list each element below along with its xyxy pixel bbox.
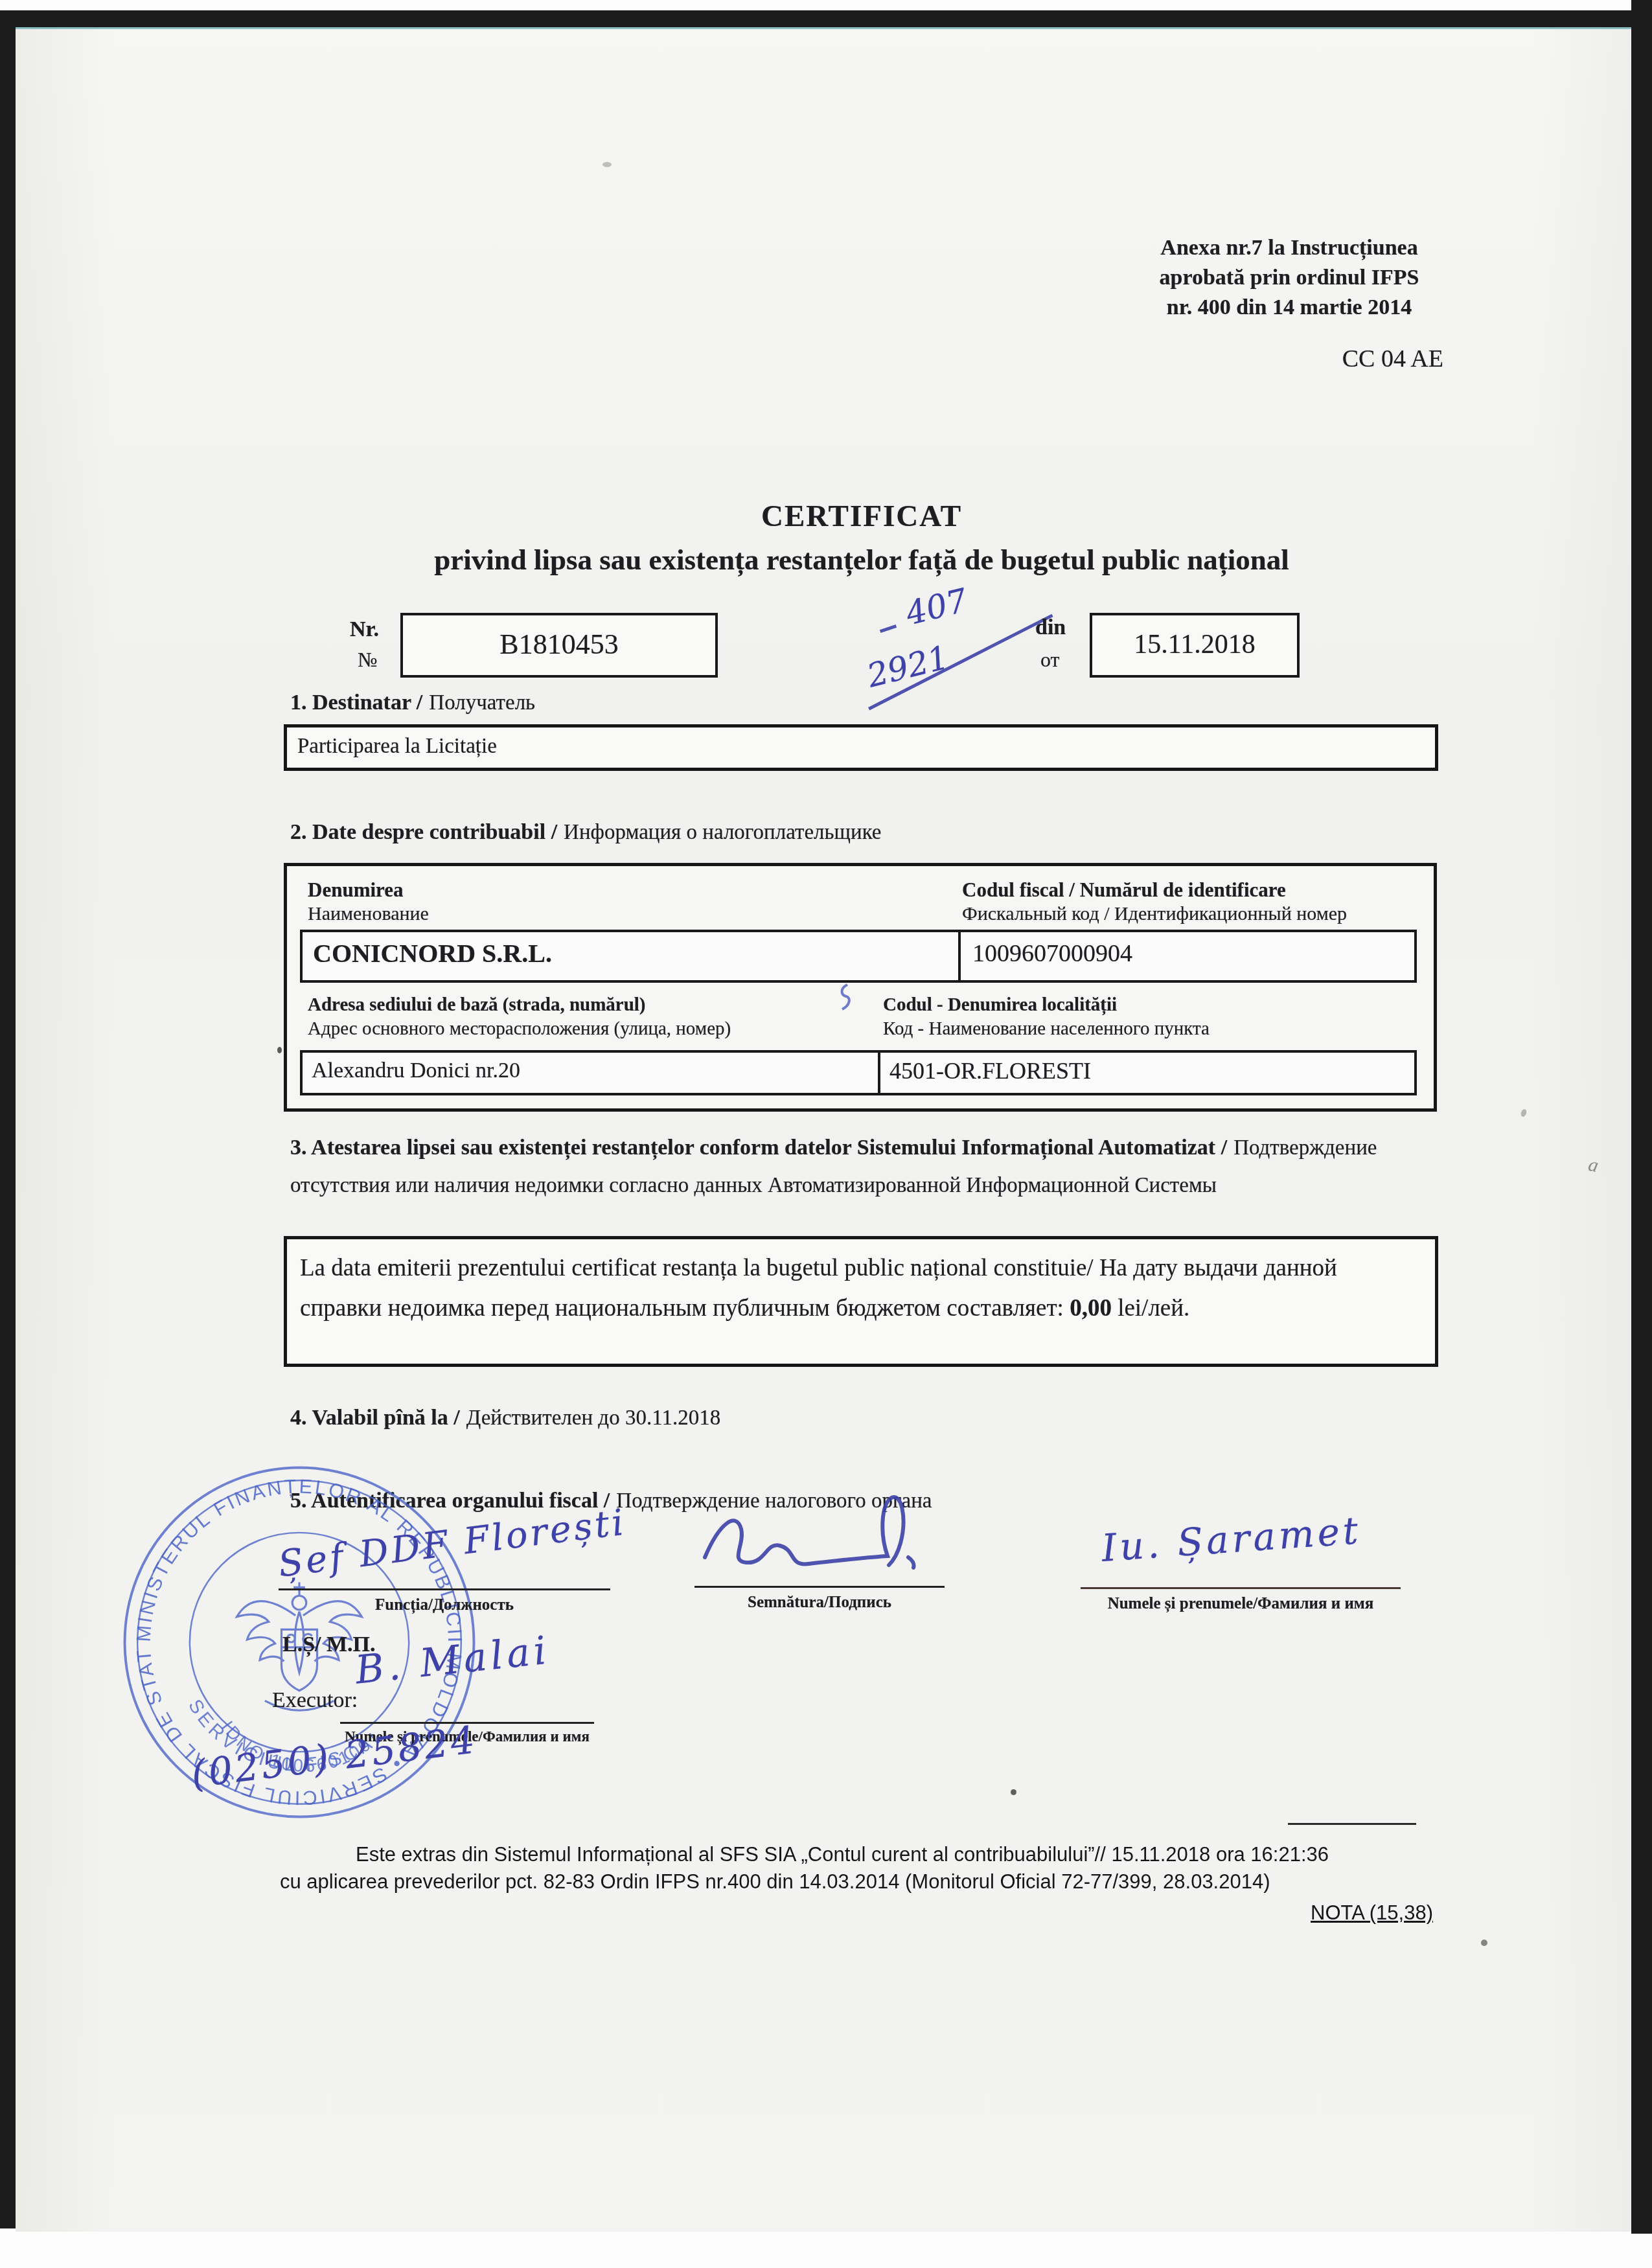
section1-heading: 1. Destinatar /Получатель: [290, 691, 535, 715]
footer-line-2: cu aplicarea prevederilor pct. 82-83 Ord…: [280, 1868, 1446, 1896]
taxpayer-row-2: Alexandru Donici nr.20 4501-OR.FLORESTI: [300, 1050, 1417, 1095]
section4-heading: 4. Valabil pînă la /Действителен до 30.1…: [290, 1406, 720, 1430]
locality-label-ru: Код - Наименование населенного пункта: [883, 1017, 1210, 1041]
fiscal-label-ru: Фискальный код / Идентификационный номер: [962, 902, 1347, 926]
fiscal-label-ro: Codul fiscal / Numărul de identificare: [962, 878, 1347, 902]
document-title: CERTIFICAT: [259, 499, 1464, 534]
executor-label: Executor:: [272, 1688, 358, 1713]
annex-header: Anexa nr.7 la Instrucțiunea aprobată pri…: [1134, 233, 1445, 323]
footer-nota: NOTA (15,38): [1224, 1899, 1433, 1927]
destinatar-value: Participarea la Licitație: [287, 727, 1435, 765]
section2-heading: 2. Date despre contribuabil /Информация …: [290, 820, 882, 845]
statement-text: La data emiterii prezentului certificat …: [287, 1239, 1435, 1329]
address-label-ro: Adresa sediului de bază (strada, numărul…: [308, 993, 731, 1017]
scanned-certificate-page: { "colors": { "ink_blue": "#3d41a8", "st…: [0, 0, 1652, 2268]
nr-label: Nr.: [350, 617, 379, 642]
name-label-ro: Denumirea: [308, 878, 429, 902]
fiscal-column-label: Codul fiscal / Numărul de identificare Ф…: [962, 878, 1347, 926]
section3-heading: 3. Atestarea lipsei sau existenței resta…: [290, 1131, 1456, 1206]
name-label: Numele și prenumele/Фамилия и имя: [1081, 1595, 1401, 1613]
scan-speck: [1481, 1940, 1487, 1946]
certificate-number-box: B1810453: [400, 613, 718, 678]
name-label-ru: Наименование: [308, 902, 429, 926]
scan-speck: [602, 162, 612, 167]
scan-edge-top: [0, 10, 1652, 27]
row1-divider: [958, 932, 961, 980]
section1-heading-ru: Получатель: [429, 691, 535, 715]
annex-line-2: aprobată prin ordinul IFPS: [1134, 263, 1445, 293]
signature-line: [694, 1586, 945, 1588]
section3-heading-ro: 3. Atestarea lipsei sau existenței resta…: [290, 1136, 1227, 1160]
taxpayer-name: CONICNORD S.R.L.: [313, 932, 552, 975]
inspector-signature: [693, 1485, 959, 1588]
destinatar-box: Participarea la Licitație: [284, 724, 1438, 771]
taxpayer-row-1: CONICNORD S.R.L. 1009607000904: [300, 930, 1417, 983]
scan-edge-right: [1631, 0, 1652, 2234]
name-column-label: Denumirea Наименование: [308, 878, 429, 926]
locality-column-label: Codul - Denumirea localității Код - Наим…: [883, 993, 1210, 1041]
scan-edge-artifact: [16, 27, 1631, 29]
pen-mark-artifact: [834, 982, 854, 1012]
section2-heading-ro: 2. Date despre contribuabil /: [290, 820, 557, 844]
din-label-ru: от: [1040, 648, 1060, 672]
certificate-date-box: 15.11.2018: [1090, 613, 1300, 678]
nr-label-ru: №: [358, 648, 378, 672]
section4-heading-ru: Действителен до 30.11.2018: [466, 1406, 720, 1430]
address-label-ru: Адрес основного месторасположения (улица…: [308, 1017, 731, 1041]
name-signature-line: [1081, 1587, 1401, 1589]
section2-heading-ru: Информация о налогоплательщике: [564, 821, 881, 844]
annex-line-3: nr. 400 din 14 martie 2014: [1134, 293, 1445, 323]
address-column-label: Adresa sediului de bază (strada, numărul…: [308, 993, 731, 1041]
footer-line-1: Este extras din Sistemul Informațional a…: [243, 1841, 1441, 1868]
scan-speck: [277, 1047, 282, 1053]
annex-line-1: Anexa nr.7 la Instrucțiunea: [1134, 233, 1445, 263]
section1-heading-ro: 1. Destinatar /: [290, 691, 422, 715]
fiscal-code: 1009607000904: [972, 932, 1132, 975]
function-signature-line: [279, 1588, 610, 1590]
signature-label: Semnătura/Подпись: [694, 1594, 945, 1612]
row2-divider: [878, 1053, 880, 1093]
taxpayer-table: Denumirea Наименование Codul fiscal / Nu…: [284, 863, 1437, 1112]
statement-amount-suffix: lei/лей.: [1112, 1295, 1189, 1322]
section4-heading-ro: 4. Valabil pînă la /: [290, 1406, 460, 1430]
certificate-date: 15.11.2018: [1092, 615, 1297, 674]
scan-edge-left: [0, 10, 16, 2228]
din-label: din: [1035, 615, 1066, 640]
statement-box: La data emiterii prezentului certificat …: [284, 1236, 1438, 1367]
statement-amount: 0,00: [1070, 1295, 1112, 1322]
locality-label-ro: Codul - Denumirea localității: [883, 993, 1210, 1017]
function-label: Funcția/Должность: [279, 1596, 610, 1614]
taxpayer-locality: 4501-OR.FLORESTI: [889, 1053, 1091, 1089]
taxpayer-address: Alexandru Donici nr.20: [312, 1053, 520, 1089]
document-subtitle: privind lipsa sau existența restanțelor …: [233, 543, 1490, 577]
scan-speck: [1011, 1789, 1016, 1795]
footer-short-line: [1288, 1823, 1416, 1825]
form-code: CC 04 AE: [1231, 345, 1443, 373]
certificate-number: B1810453: [403, 615, 715, 674]
